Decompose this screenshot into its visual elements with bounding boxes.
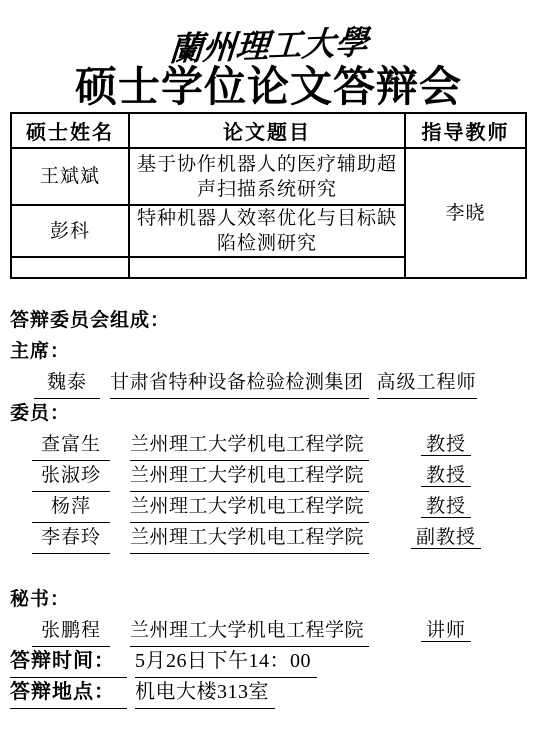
chair-row: 魏泰 甘肃省特种设备检验检测集团 高级工程师 xyxy=(10,367,527,398)
chair-name: 魏泰 xyxy=(34,367,100,399)
committee-section: 答辩委员会组成： 主席： 魏泰 甘肃省特种设备检验检测集团 高级工程师 委员： … xyxy=(10,305,527,708)
table-header-row: 硕士姓名 论文题目 指导教师 xyxy=(11,113,526,148)
header-thesis-title: 论文题目 xyxy=(129,113,405,148)
member-title-col: 教授 xyxy=(400,460,492,491)
member-name-col: 查富生 xyxy=(10,429,130,461)
student-name: 彭科 xyxy=(11,205,129,257)
secretary-name: 张鹏程 xyxy=(32,615,110,647)
blank-gap xyxy=(10,553,527,584)
member-name: 李春玲 xyxy=(32,522,110,554)
header-advisor: 指导教师 xyxy=(405,113,526,148)
member-row: 杨萍 兰州理工大学机电工程学院 教授 xyxy=(10,491,527,522)
member-name-col: 杨萍 xyxy=(10,491,130,523)
chair-title: 高级工程师 xyxy=(377,367,477,399)
secretary-name-col: 张鹏程 xyxy=(10,615,130,647)
committee-heading: 答辩委员会组成： xyxy=(10,305,527,336)
student-name xyxy=(11,257,129,278)
defense-location-label: 答辩地点： xyxy=(10,677,127,709)
member-affiliation: 兰州理工大学机电工程学院 xyxy=(130,491,369,523)
member-name-col: 张淑珍 xyxy=(10,460,130,492)
member-title-col: 教授 xyxy=(400,429,492,460)
defense-time-row: 答辩时间： 5月26日下午14：00 xyxy=(10,646,527,677)
member-name: 查富生 xyxy=(32,429,110,461)
member-affiliation: 兰州理工大学机电工程学院 xyxy=(130,460,369,492)
secretary-heading: 秘书： xyxy=(10,584,527,615)
student-name: 王斌斌 xyxy=(11,148,129,205)
chair-heading: 主席： xyxy=(10,336,527,367)
university-logo-text: 蘭州理工大學 xyxy=(168,17,370,71)
member-title: 教授 xyxy=(421,465,471,487)
university-logo: 蘭州理工大學 xyxy=(0,20,537,66)
secretary-title: 讲师 xyxy=(421,620,471,642)
advisor-name: 李晓 xyxy=(405,148,526,278)
defense-table: 硕士姓名 论文题目 指导教师 王斌斌 基于协作机器人的医疗辅助超声扫描系统研究 … xyxy=(10,112,527,279)
member-title: 教授 xyxy=(421,496,471,518)
member-title: 教授 xyxy=(421,434,471,456)
member-row: 李春玲 兰州理工大学机电工程学院 副教授 xyxy=(10,522,527,553)
secretary-affiliation: 兰州理工大学机电工程学院 xyxy=(130,615,369,647)
defense-location-row: 答辩地点： 机电大楼313室 xyxy=(10,677,527,708)
member-affiliation: 兰州理工大学机电工程学院 xyxy=(130,522,369,554)
member-title-col: 副教授 xyxy=(400,522,492,553)
member-row: 张淑珍 兰州理工大学机电工程学院 教授 xyxy=(10,460,527,491)
header-student-name: 硕士姓名 xyxy=(11,113,129,148)
members-heading: 委员： xyxy=(10,398,527,429)
member-row: 查富生 兰州理工大学机电工程学院 教授 xyxy=(10,429,527,460)
page-title: 硕士学位论文答辩会 xyxy=(0,66,537,110)
chair-affiliation: 甘肃省特种设备检验检测集团 xyxy=(110,367,369,399)
secretary-title-col: 讲师 xyxy=(400,615,492,646)
member-title: 副教授 xyxy=(411,527,481,549)
defense-location-value: 机电大楼313室 xyxy=(135,677,275,709)
member-name: 张淑珍 xyxy=(32,460,110,492)
member-affiliation: 兰州理工大学机电工程学院 xyxy=(130,429,369,461)
thesis-title: 特种机器人效率优化与目标缺陷检测研究 xyxy=(129,205,405,257)
member-name-col: 李春玲 xyxy=(10,522,130,554)
thesis-title: 基于协作机器人的医疗辅助超声扫描系统研究 xyxy=(129,148,405,205)
secretary-row: 张鹏程 兰州理工大学机电工程学院 讲师 xyxy=(10,615,527,646)
table-row: 王斌斌 基于协作机器人的医疗辅助超声扫描系统研究 李晓 xyxy=(11,148,526,205)
defense-time-value: 5月26日下午14：00 xyxy=(135,646,317,678)
thesis-title xyxy=(129,257,405,278)
member-title-col: 教授 xyxy=(400,491,492,522)
chair-name-col: 魏泰 xyxy=(10,367,110,399)
member-name: 杨萍 xyxy=(32,491,110,523)
defense-time-label: 答辩时间： xyxy=(10,646,127,678)
